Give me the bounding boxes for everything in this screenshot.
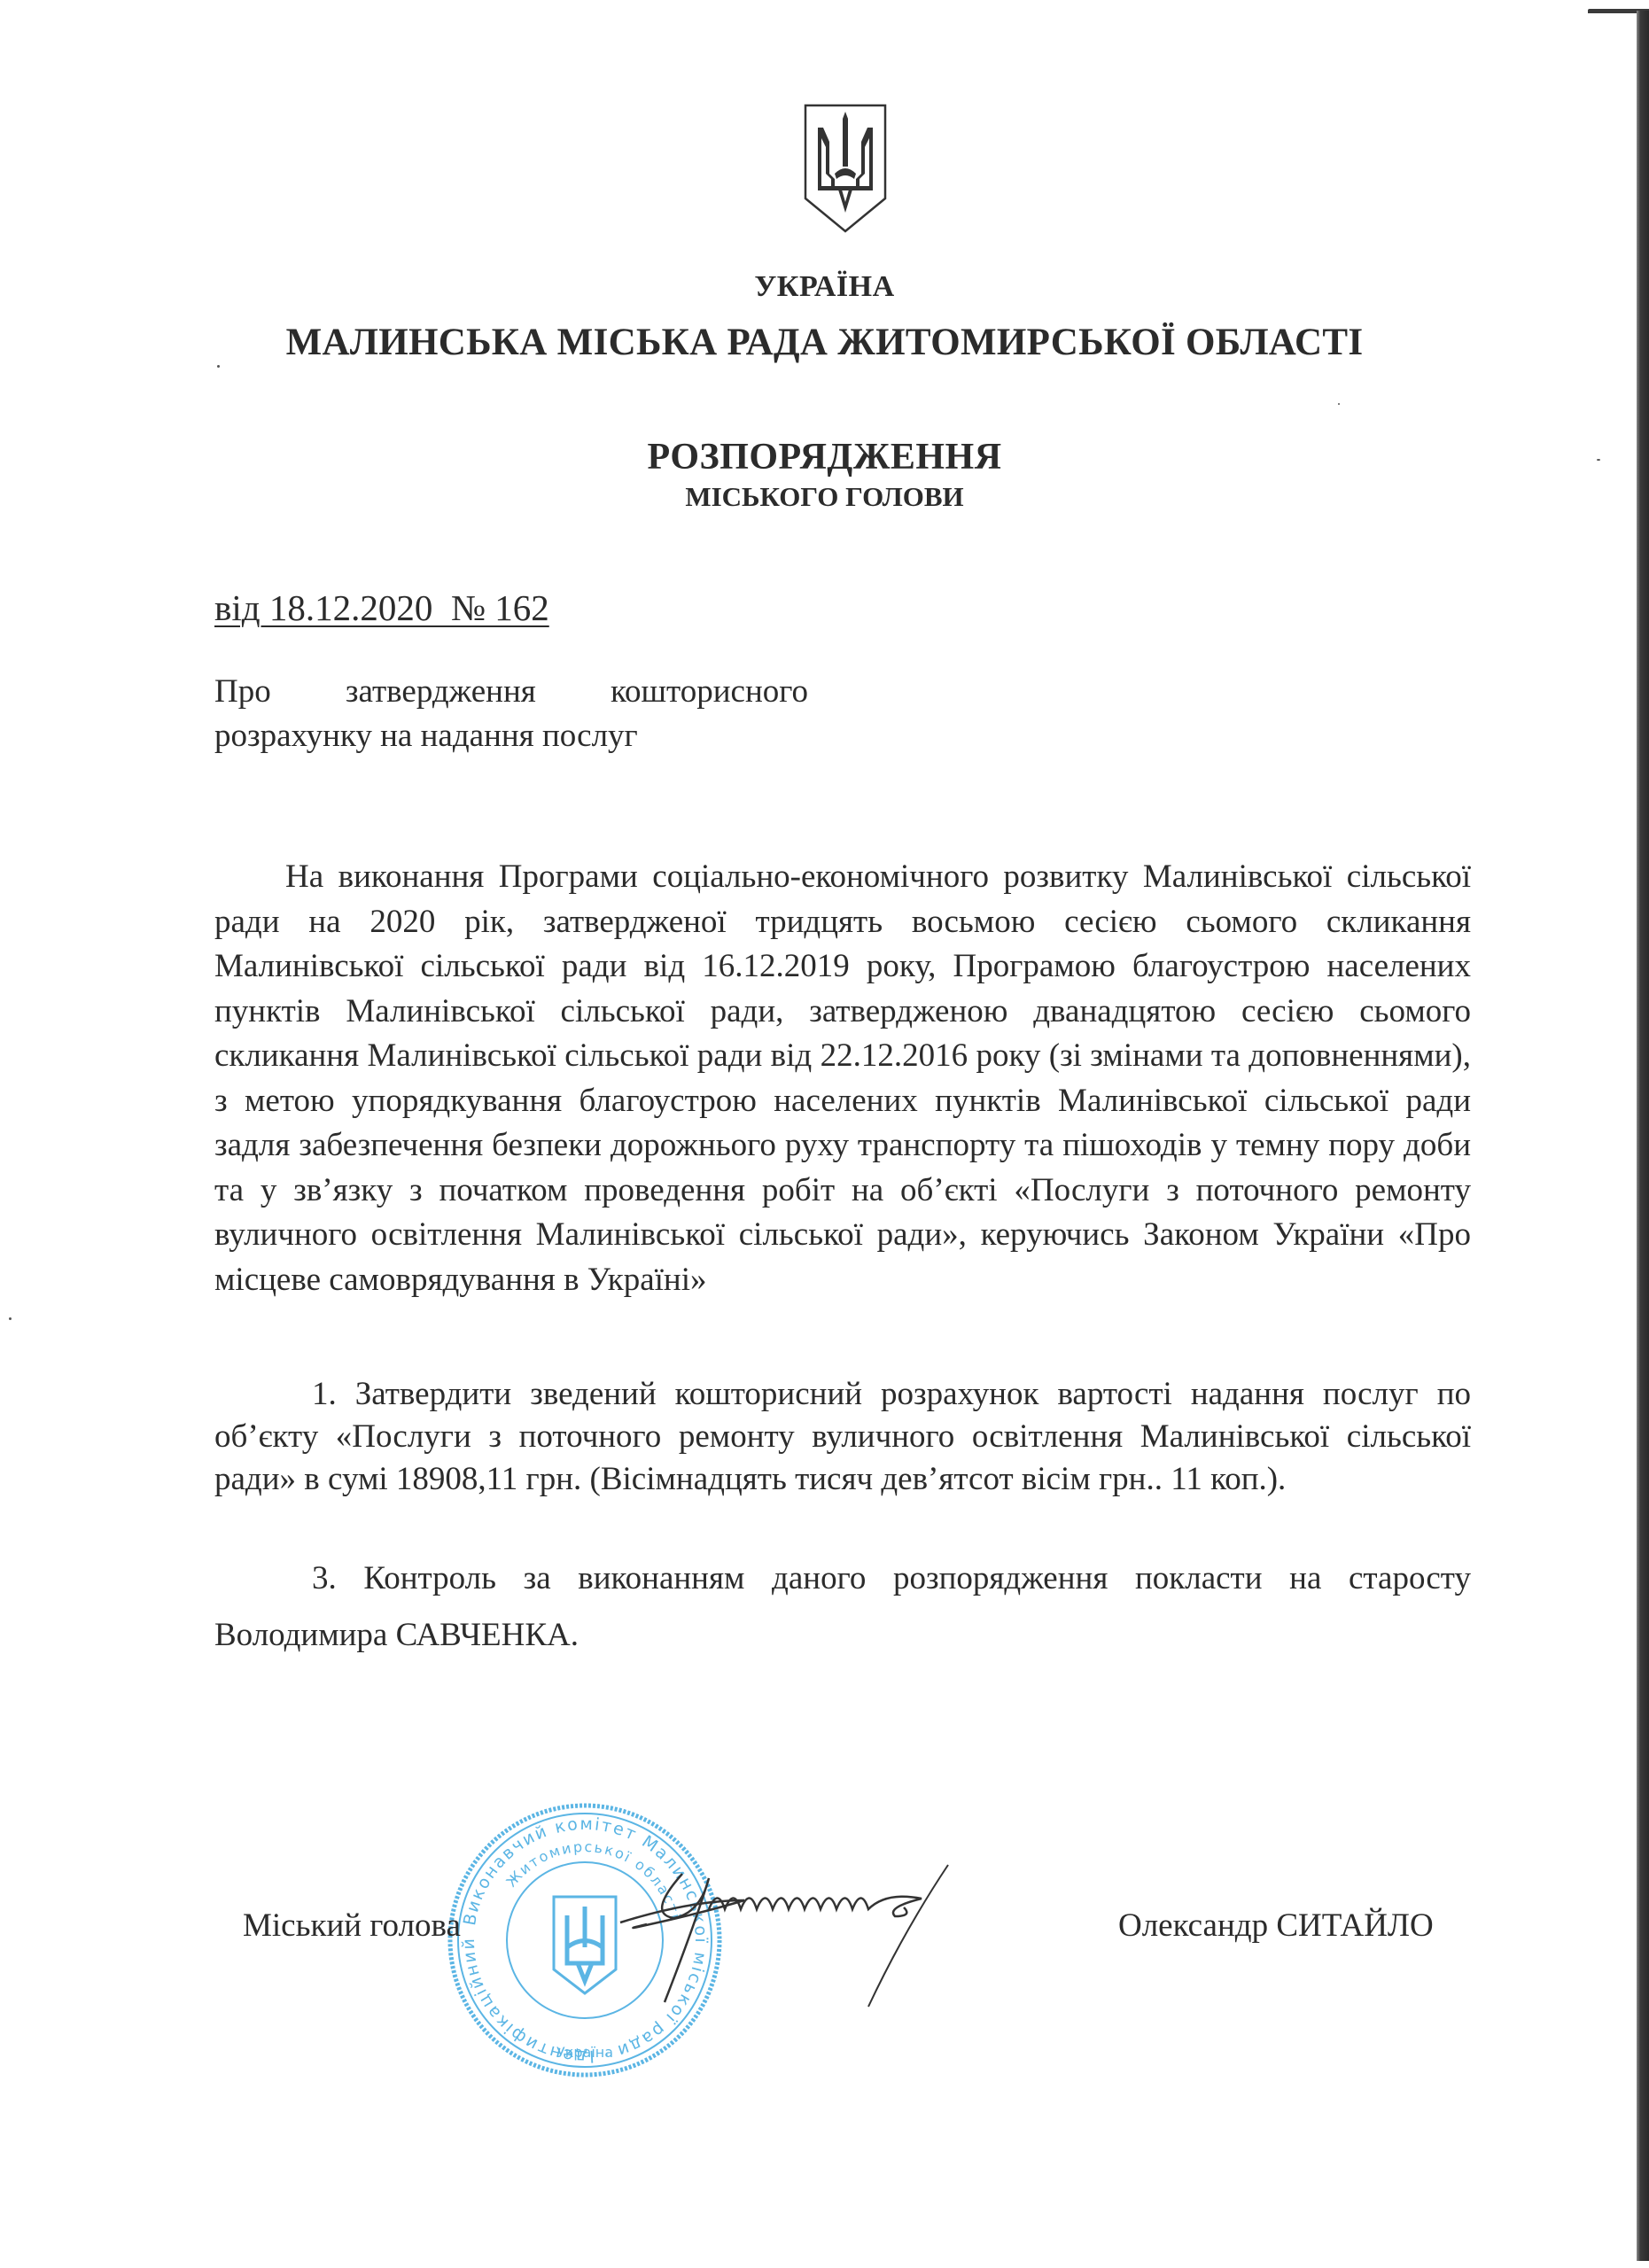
scan-speck bbox=[9, 1317, 12, 1320]
coat-of-arms-icon bbox=[803, 103, 888, 234]
subject-line-1: Про затвердження кошторисного bbox=[214, 670, 808, 714]
document-issuer-subtitle: МІСЬКОГО ГОЛОВИ bbox=[0, 481, 1649, 513]
signatory-name: Олександр СИТАЙЛО bbox=[1118, 1907, 1434, 1945]
svg-text:Україна: Україна bbox=[556, 2044, 613, 2061]
header-council-name: МАЛИНСЬКА МІСЬКА РАДА ЖИТОМИРСЬКОЇ ОБЛАС… bbox=[0, 321, 1649, 364]
signatory-role: Міський голова bbox=[243, 1907, 461, 1945]
document-subject: Про затвердження кошторисного розрахунку… bbox=[214, 670, 808, 758]
scan-speck bbox=[1338, 403, 1340, 405]
header-country: УКРАЇНА bbox=[0, 270, 1649, 304]
order-item-3: 3. Контроль за виконанням даного розпоря… bbox=[214, 1550, 1471, 1664]
document-date-number: від 18.12.2020 № 162 bbox=[214, 586, 549, 629]
preamble-paragraph: На виконання Програми соціально-економіч… bbox=[214, 855, 1471, 1302]
document-type-title: РОЗПОРЯДЖЕННЯ bbox=[0, 436, 1649, 478]
order-item-1: 1. Затвердити зведений кошторисний розра… bbox=[214, 1373, 1471, 1501]
subject-line-2: розрахунку на надання послуг bbox=[214, 718, 638, 754]
handwritten-signature bbox=[611, 1860, 1054, 2038]
scan-speck bbox=[217, 365, 220, 368]
